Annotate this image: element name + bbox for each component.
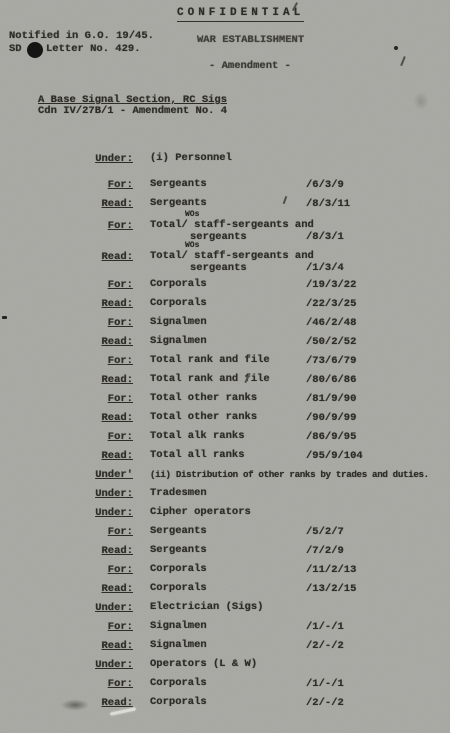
row-value: /2/-/2 <box>306 640 344 652</box>
row-label: For: <box>0 279 133 291</box>
amendment-table: Under: (i) Personnel For: Sergeants /6/3… <box>0 148 450 711</box>
table-row: Read: Sergeants /7/2/9 <box>0 540 450 559</box>
document-type-title: WAR ESTABLISHMENT <box>197 34 304 46</box>
row-desc: Tradesmen <box>150 488 207 500</box>
row-desc: Corporals <box>150 678 207 690</box>
table-row: For: Total alk ranks /86/9/95 <box>0 426 450 445</box>
row-desc: Total rank and file <box>150 355 270 367</box>
row-label: Under: <box>0 507 133 519</box>
row-label: Read: <box>0 198 133 210</box>
row-desc: Corporals <box>150 298 207 310</box>
row-label: For: <box>0 179 133 191</box>
notified-note-line1: Notified in G.O. 19/45. <box>9 30 154 42</box>
table-row: WOs For: Total/ staff-sergeants andserge… <box>0 212 450 243</box>
row-label: Under: <box>0 602 133 614</box>
table-row: Read: Total all ranks /95/9/104 <box>0 445 450 464</box>
row-desc: Total/ staff-sergeants andsergeants <box>150 220 314 243</box>
row-desc: Total all ranks <box>150 450 245 462</box>
row-value: /1/-/1 <box>306 678 344 690</box>
row-value: /22/3/25 <box>306 298 356 310</box>
row-label: For: <box>0 355 133 367</box>
table-row: Read: Sergeants /8/3/11 <box>0 193 450 212</box>
row-value: /50/2/52 <box>306 336 356 348</box>
row-desc: Cipher operators <box>150 507 251 519</box>
row-desc: Operators (L & W) <box>150 659 257 671</box>
table-row: Under: Cipher operators <box>0 502 450 521</box>
table-row: For: Sergeants /5/2/7 <box>0 521 450 540</box>
row-label: Read: <box>0 298 133 310</box>
row-desc: Total/ staff-sergeants andsergeants <box>150 251 314 274</box>
table-row: Read: Total other ranks /90/9/99 <box>0 407 450 426</box>
table-row: Under: Operators (L & W) <box>0 654 450 673</box>
row-label: Read: <box>0 336 133 348</box>
table-row: Read: Signalmen /2/-/2 <box>0 635 450 654</box>
amendment-subtitle: - Amendment - <box>209 60 291 72</box>
row-desc: (ii) Distribution of other ranks by trad… <box>150 469 429 481</box>
table-row: For: Total other ranks /81/9/90 <box>0 388 450 407</box>
scratch-mark <box>400 56 405 66</box>
row-label: Read: <box>0 412 133 424</box>
row-label: For: <box>0 621 133 633</box>
table-row: For: Sergeants /6/3/9 <box>0 174 450 193</box>
row-label: Read: <box>0 545 133 557</box>
table-row: For: Signalmen /1/-/1 <box>0 616 450 635</box>
row-label: For: <box>0 526 133 538</box>
row-value: /73/6/79 <box>306 355 356 367</box>
row-label: Read: <box>0 251 133 263</box>
row-desc: Total rank and file <box>150 374 270 386</box>
row-desc: Corporals <box>150 279 207 291</box>
table-row: Read: Total rank and file /80/6/86 <box>0 369 450 388</box>
table-row: For: Total rank and file /73/6/79 <box>0 350 450 369</box>
table-row: WOs Read: Total/ staff-sergeants andserg… <box>0 243 450 274</box>
table-row: Read: Signalmen /50/2/52 <box>0 331 450 350</box>
row-interlinear-insertion: WOs <box>185 210 199 219</box>
row-label: Under: <box>0 488 133 500</box>
row-desc: Sergeants <box>150 198 207 210</box>
row-value: /7/2/9 <box>306 545 344 557</box>
hole-punch-dot <box>27 42 43 58</box>
row-desc: Corporals <box>150 697 207 709</box>
row-label: Under: <box>0 659 133 671</box>
row-value: /19/3/22 <box>306 279 356 291</box>
row-value: /46/2/48 <box>306 317 356 329</box>
row-value: /1/-/1 <box>306 621 344 633</box>
row-value: /81/9/90 <box>306 393 356 405</box>
row-value: /8/3/1 <box>306 231 344 243</box>
row-desc: Electrician (Sigs) <box>150 602 263 614</box>
row-desc: Signalmen <box>150 640 207 652</box>
row-value: /6/3/9 <box>306 179 344 191</box>
table-row: For: Corporals /1/-/1 <box>0 673 450 692</box>
row-label: For: <box>0 431 133 443</box>
row-desc: Corporals <box>150 564 207 576</box>
row-desc: Sergeants <box>150 179 207 191</box>
row-desc: Total other ranks <box>150 412 257 424</box>
table-row: Under: (i) Personnel <box>0 148 450 174</box>
row-label: Under' <box>0 469 133 481</box>
row-label: For: <box>0 393 133 405</box>
ink-speck <box>394 46 398 50</box>
classification-stamp: CONFIDENTIAL <box>177 7 304 22</box>
notified-note-line2-suffix: Letter No. 429. <box>46 43 141 55</box>
notified-note-line2-prefix: SD <box>9 43 22 55</box>
row-desc: Signalmen <box>150 317 207 329</box>
row-desc: Sergeants <box>150 545 207 557</box>
row-label: For: <box>0 564 133 576</box>
ink-speck <box>2 316 7 319</box>
row-label: For: <box>0 678 133 690</box>
smudge-stain <box>410 88 432 114</box>
row-label: Read: <box>0 640 133 652</box>
row-label: For: <box>0 220 133 232</box>
row-value: /1/3/4 <box>306 262 344 274</box>
row-desc: Signalmen <box>150 336 207 348</box>
row-value: /80/6/86 <box>306 374 356 386</box>
table-row: Read: Corporals /13/2/15 <box>0 578 450 597</box>
row-value: /2/-/2 <box>306 697 344 709</box>
row-label: Read: <box>0 450 133 462</box>
row-value: /8/3/11 <box>306 198 350 210</box>
row-label: Under: <box>0 153 133 165</box>
row-value: /86/9/95 <box>306 431 356 443</box>
table-row: Under' (ii) Distribution of other ranks … <box>0 464 450 483</box>
smudge-stain <box>55 697 95 713</box>
row-value: /95/9/104 <box>306 450 363 462</box>
row-interlinear-insertion: WOs <box>185 241 199 250</box>
table-row: Under: Tradesmen <box>0 483 450 502</box>
row-label: Read: <box>0 583 133 595</box>
row-value: /11/2/13 <box>306 564 356 576</box>
row-label: For: <box>0 317 133 329</box>
unit-reference-line: Cdn IV/27B/1 - Amendment No. 4 <box>38 105 227 117</box>
table-row: Under: Electrician (Sigs) <box>0 597 450 616</box>
row-desc: Total other ranks <box>150 393 257 405</box>
table-row: Read: Corporals /22/3/25 <box>0 293 450 312</box>
scanned-document-page: CONFIDENTIAL WAR ESTABLISHMENT - Amendme… <box>0 0 450 733</box>
table-row: For: Corporals /19/3/22 <box>0 274 450 293</box>
row-desc: Total alk ranks <box>150 431 245 443</box>
row-value: /5/2/7 <box>306 526 344 538</box>
row-label: Read: <box>0 374 133 386</box>
table-row: For: Signalmen /46/2/48 <box>0 312 450 331</box>
row-value: /90/9/99 <box>306 412 356 424</box>
table-row: For: Corporals /11/2/13 <box>0 559 450 578</box>
row-desc: Sergeants <box>150 526 207 538</box>
row-desc: (i) Personnel <box>150 153 232 165</box>
row-desc: Signalmen <box>150 621 207 633</box>
row-desc: Corporals <box>150 583 207 595</box>
row-value: /13/2/15 <box>306 583 356 595</box>
